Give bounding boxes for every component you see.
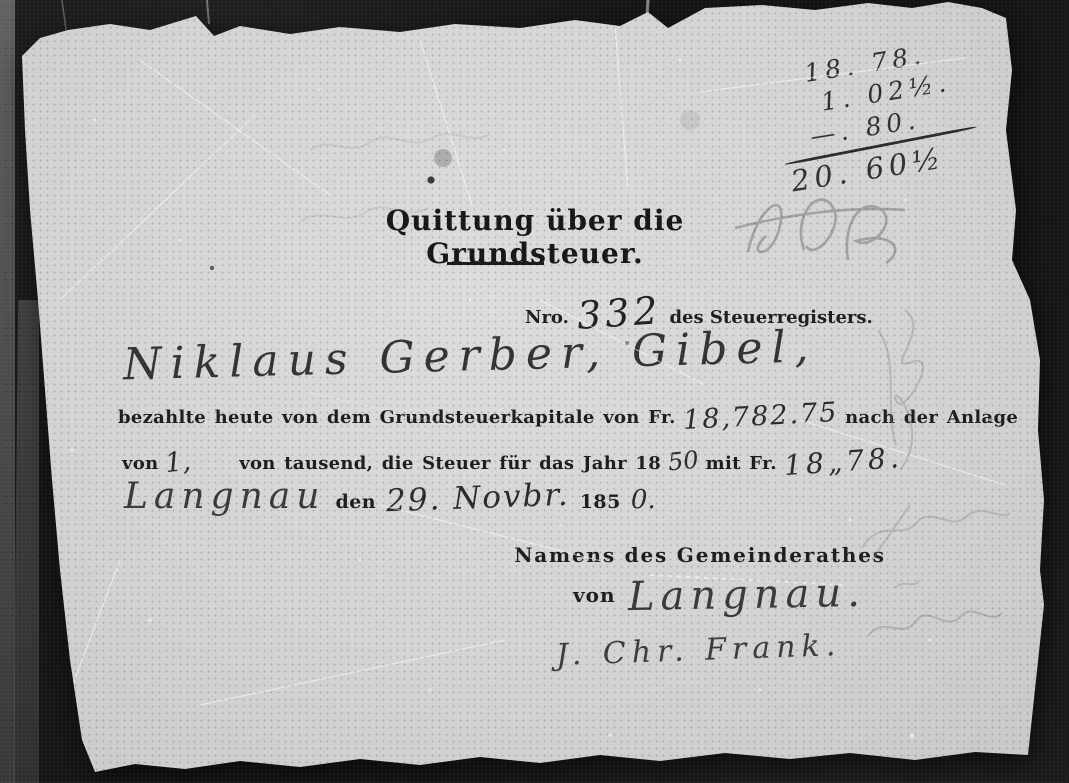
payer-name-handwritten: Niklaus Gerber, Gibel,: [122, 321, 843, 391]
body-line-tax: von 1, von tausend, die Steuer für das J…: [122, 443, 902, 476]
body-line-capital: bezahlte heute von dem Grundsteuerkapita…: [118, 399, 1018, 430]
printed-mit-fr: mit Fr.: [706, 453, 777, 474]
paper-shadow-wrap: 18. 78. 1. 02½. —. 80. 20. 60½ Quittung …: [0, 0, 1069, 783]
place-handwritten: Langnau: [124, 476, 325, 517]
printed-text-per-schedule: nach der Anlage: [845, 407, 1018, 428]
tax-rate-handwritten: 1,: [164, 446, 193, 480]
printed-per-thousand-year: von tausend, die Steuer für das Jahr 18: [239, 453, 661, 474]
printed-den: den: [335, 491, 376, 513]
document-title: Quittung über die Grundsteuer.: [300, 204, 770, 270]
register-prefix: Nro.: [525, 307, 569, 328]
printed-text-paid-capital: bezahlte heute von dem Grundsteuerkapita…: [118, 407, 676, 428]
printed-von-footer: von: [573, 583, 616, 607]
authority-place-line: von Langnau.: [573, 572, 865, 618]
signature-handwritten: J. Chr. Frank.: [555, 628, 841, 673]
year-digit-handwritten: 0.: [631, 485, 656, 515]
day-month-handwritten: 29. Novbr.: [386, 477, 571, 519]
tax-amount-handwritten: 18„78.: [783, 441, 904, 482]
authority-line: Namens des Gemeinderathes: [505, 543, 895, 567]
year-suffix-handwritten: 50: [667, 445, 700, 476]
printed-von: von: [122, 453, 158, 474]
photograph-of-receipt: 18. 78. 1. 02½. —. 80. 20. 60½ Quittung …: [0, 0, 1069, 783]
place-date-line: Langnau den 29. Novbr. 185 0.: [124, 476, 656, 517]
capital-amount-handwritten: 18,782.75: [682, 397, 839, 436]
receipt-paper: 18. 78. 1. 02½. —. 80. 20. 60½ Quittung …: [0, 0, 1069, 783]
handwritten-calculation: 18. 78. 1. 02½. —. 80. 20. 60½: [769, 30, 1003, 200]
authority-place-handwritten: Langnau.: [627, 570, 866, 620]
ghost-pencil-scribble-bottom: [868, 611, 1002, 636]
printed-year-185: 185: [580, 491, 621, 513]
title-divider-rule: [447, 262, 544, 265]
